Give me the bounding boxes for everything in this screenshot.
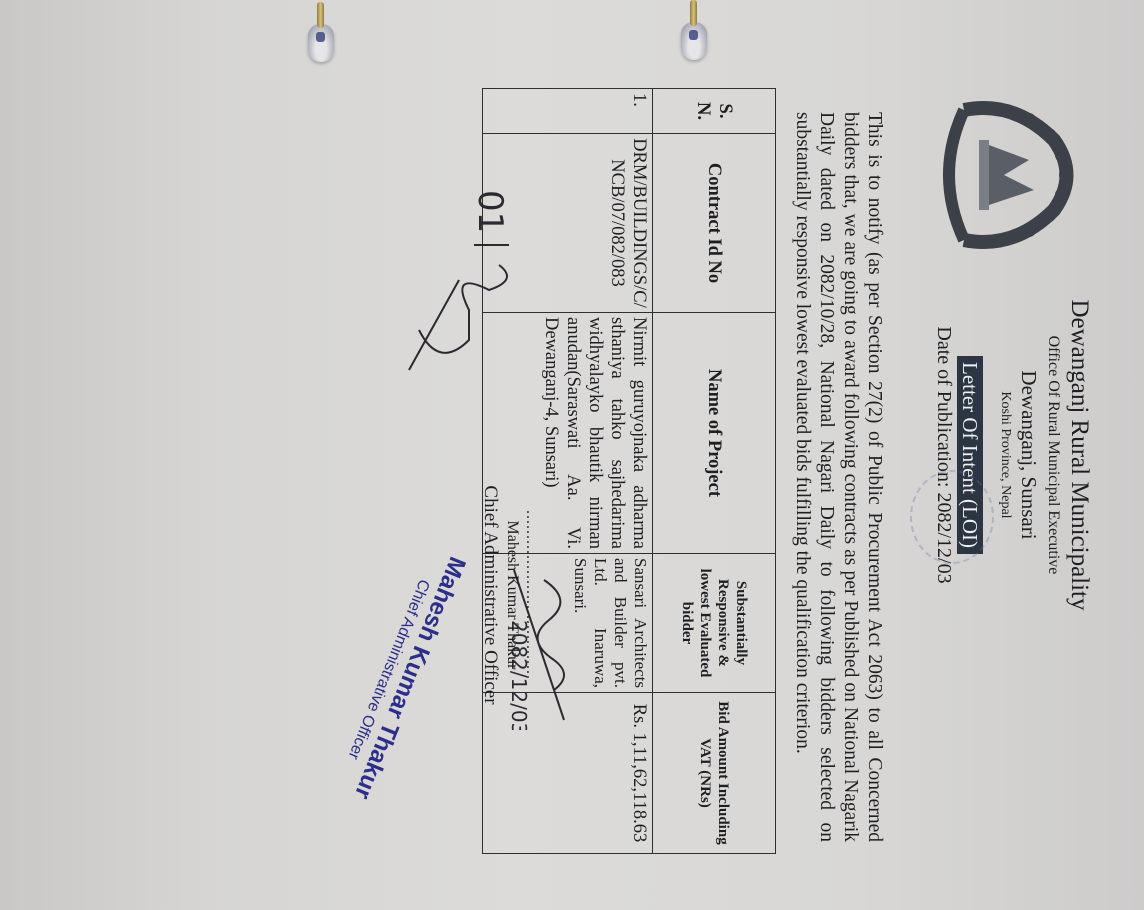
office-name: Office Of Rural Municipal Executive: [1042, 0, 1064, 910]
col-header-contract-id: Contract Id No: [653, 134, 776, 313]
signatory-name: Mahesh Kumar Thakur: [502, 470, 522, 720]
signatory-title: Chief Administrative Officer: [478, 470, 502, 720]
office-seal-stamp: [910, 470, 994, 564]
municipality-name: Dewanganj Rural Municipality: [1064, 0, 1094, 910]
svg-text:01: 01: [470, 190, 510, 233]
publication-label: Date of Publication:: [933, 326, 955, 487]
cell-sn: 1.: [483, 89, 653, 134]
signature-line: ..................................: [522, 470, 540, 720]
signature-block: .................................. Mahes…: [478, 470, 540, 720]
col-header-project: Name of Project: [653, 313, 776, 554]
place-name: Dewanganj, Sunsari: [1015, 0, 1042, 910]
letter-header: Dewanganj Rural Municipality Office Of R…: [931, 0, 1094, 910]
intro-paragraph: This is to notify (as per Section 27(2) …: [790, 112, 886, 842]
col-header-amount: Bid Amount Including VAT (NRs): [653, 693, 776, 854]
table-header-row: S. N. Contract Id No Name of Project Sub…: [653, 89, 776, 854]
publication-date-line: Date of Publication: 2082/12/03: [931, 0, 957, 910]
name-stamp: Mahesh Kumar Thakur Chief Administrative…: [331, 546, 471, 803]
letter-page: Dewanganj Rural Municipality Office Of R…: [94, 0, 1144, 910]
col-header-sn: S. N.: [653, 89, 776, 134]
col-header-bidder: Substantially Responsive & lowest Evalua…: [653, 554, 776, 693]
province-name: Koshi Province, Nepal: [995, 0, 1015, 910]
handwritten-note: 01: [339, 170, 529, 390]
